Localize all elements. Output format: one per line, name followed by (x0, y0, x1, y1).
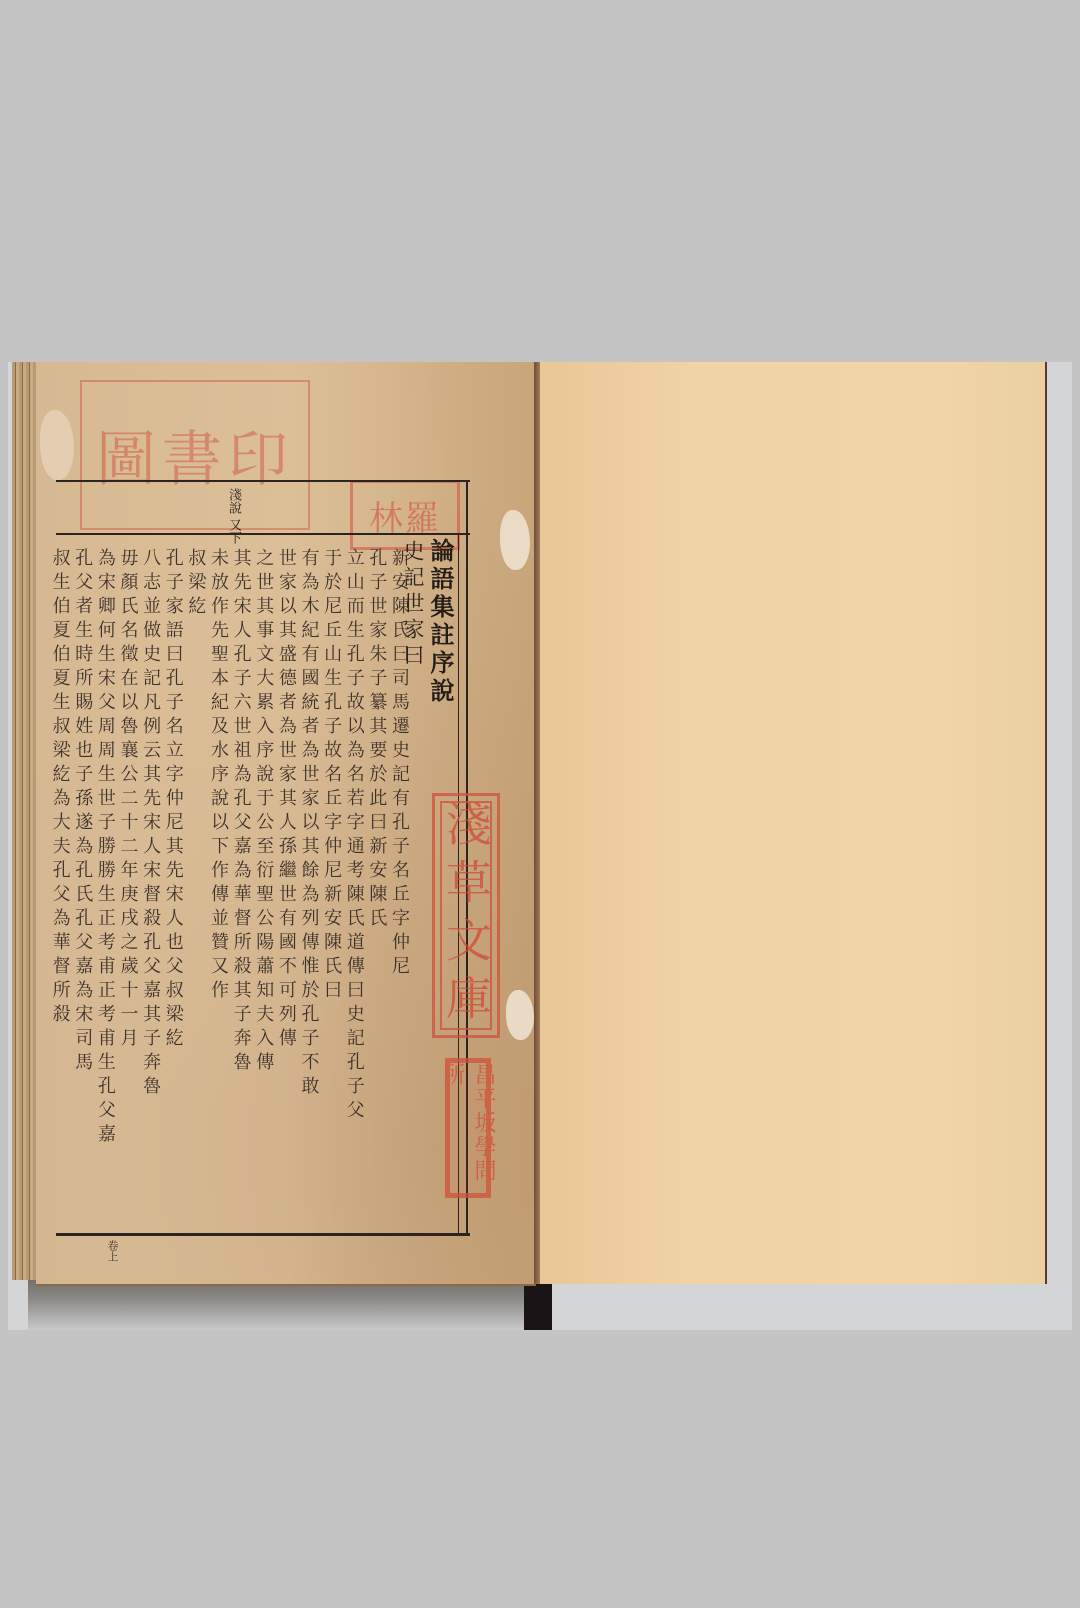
text-column: 毋顏氏名徵在以魯襄公二十二年庚戌之歲十一月 (118, 548, 139, 1228)
text-column: 未放作先聖本紀及水序說以下作傳並贊又作 (208, 548, 229, 1228)
text-column: 孔父者生時所賜姓也子孫遂為孔氏孔父嘉為宋司馬 (73, 548, 94, 1228)
frame-line (56, 533, 470, 535)
text-column: 孔子世家朱子纂其要於此曰新安陳氏 (367, 548, 388, 1228)
seal-text: 淺草文庫 (433, 800, 499, 1032)
text-column: 為宋卿何生宋父周周生世子勝勝生正考甫正考甫生孔父嘉 (95, 548, 116, 1228)
text-column: 世家以其盛德者為世家其人孫繼世有國不可列傳 (276, 548, 297, 1228)
page-subtitle: 史記世家曰 (408, 540, 428, 670)
text-column: 孔子家語曰孔子名立字仲尼其先宋人也父叔梁紇 (163, 548, 184, 1228)
text-column: 新安陳氏曰司馬遷史記有孔子名丘字仲尼 (389, 548, 410, 1228)
asakusa-bunko-seal: 淺草文庫 (432, 793, 500, 1038)
footer-note: 卷上 (104, 1240, 120, 1262)
frame-line (56, 480, 470, 482)
main-text-block: 新安陳氏曰司馬遷史記有孔子名丘字仲尼 孔子世家朱子纂其要於此曰新安陳氏 立山而生… (50, 548, 410, 1228)
header-note: 淺說 又下 (226, 488, 240, 544)
book-gutter (534, 362, 540, 1284)
text-column: 有為木紀有國統者為世家以其餘為列傳惟於孔子不敢 (299, 548, 320, 1228)
text-column: 八志並做史記凡例云其先宋人宋督殺孔父嘉其子奔魯 (141, 548, 162, 1228)
text-column: 于於尼丘山生孔子故名丘字仲尼新安陳氏曰 (322, 548, 343, 1228)
text-column: 立山而生孔子故以為名若字通考陳氏道傳曰史記孔子父 (344, 548, 365, 1228)
seal-text: 圖書印 (96, 412, 294, 498)
frame-line (56, 1233, 470, 1236)
page-title: 論語集註序說 (432, 538, 458, 706)
book-spine (524, 1280, 552, 1330)
text-column: 叔梁紇 (186, 548, 207, 1228)
seal-text: 昌平坂學問所 (437, 1063, 499, 1193)
small-red-seal: 昌平坂學問所 (445, 1058, 491, 1198)
text-column: 叔生伯夏伯夏生叔梁紇為大夫孔父為華督所殺 (50, 548, 71, 1228)
right-page-blank (538, 362, 1047, 1284)
text-column: 之世其事文大累入序說于公至衍聖公陽蕭知夫入傳 (254, 548, 275, 1228)
large-faded-seal: 圖書印 (80, 380, 310, 530)
text-column: 其先宋人孔子六世祖為孔父嘉為華督所殺其子奔魯 (231, 548, 252, 1228)
